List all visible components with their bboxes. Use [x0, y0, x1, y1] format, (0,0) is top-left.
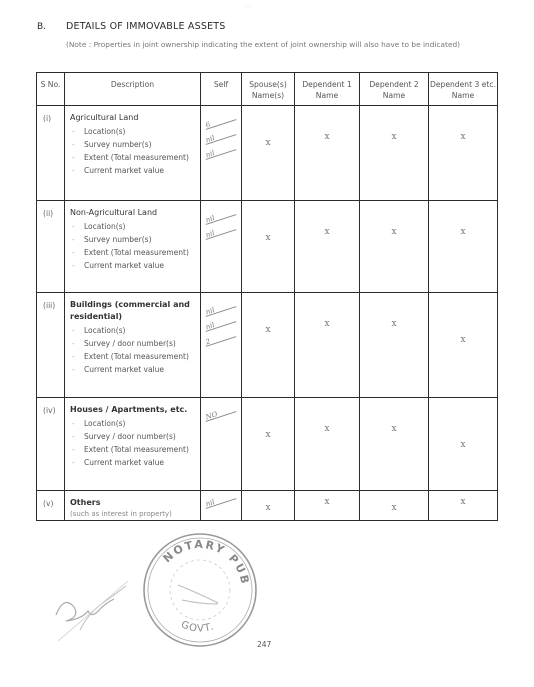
asset-field: Location(s) — [70, 126, 200, 137]
header-dependent2: Dependent 2 Name — [360, 73, 429, 106]
asset-field: Current market value — [70, 165, 200, 176]
section-letter: B. — [37, 22, 46, 32]
handwritten-cross: x — [429, 132, 497, 142]
asset-category: Agricultural Land — [70, 112, 200, 124]
asset-category: Buildings (commercial and residential) — [70, 299, 200, 323]
handwritten-cross: x — [242, 430, 294, 440]
immovable-assets-table: S No. Description Self Spouse(s) Name(s)… — [36, 72, 498, 521]
handwritten-cross: x — [242, 325, 294, 335]
handwritten-cross: x — [429, 497, 497, 507]
handwritten-cross: x — [242, 503, 294, 513]
asset-category: Non-Agricultural Land — [70, 207, 200, 219]
row-number: (ii) — [37, 201, 64, 218]
handwritten-cross: x — [242, 138, 294, 148]
asset-field: Survey / door number(s) — [70, 338, 200, 349]
row-number: (iii) — [37, 293, 64, 310]
spouse-cell: x — [242, 398, 295, 491]
header-self: Self — [201, 73, 242, 106]
svg-text:GOVT.: GOVT. — [179, 619, 216, 634]
asset-field: Current market value — [70, 457, 200, 468]
asset-field: Current market value — [70, 260, 200, 271]
asset-field: Extent (Total measurement) — [70, 351, 200, 362]
asset-field: Extent (Total measurement) — [70, 152, 200, 163]
handwritten-cross: x — [295, 319, 359, 329]
dependent3-cell: x — [429, 106, 498, 201]
table-header-row: S No. Description Self Spouse(s) Name(s)… — [37, 73, 498, 106]
self-cell: nilnil — [201, 201, 242, 293]
asset-field: Extent (Total measurement) — [70, 444, 200, 455]
handwritten-cross: x — [360, 132, 428, 142]
asset-field: Extent (Total measurement) — [70, 247, 200, 258]
spouse-cell: x — [242, 201, 295, 293]
section-title: DETAILS OF IMMOVABLE ASSETS — [66, 21, 226, 32]
row-number: (i) — [37, 106, 64, 123]
dependent3-cell: x — [429, 201, 498, 293]
asset-subtitle: (such as interest in property) — [70, 509, 200, 519]
handwritten-cross: x — [242, 233, 294, 243]
handwritten-cross: x — [429, 227, 497, 237]
row-number: (iv) — [37, 398, 64, 415]
header-dependent1: Dependent 1 Name — [295, 73, 360, 106]
asset-category: Houses / Apartments, etc. — [70, 404, 200, 416]
handwritten-cross: x — [295, 227, 359, 237]
dependent1-cell: x — [295, 201, 360, 293]
dependent1-cell: x — [295, 398, 360, 491]
row-number: (v) — [37, 491, 64, 508]
asset-field: Current market value — [70, 364, 200, 375]
handwritten-cross: x — [360, 227, 428, 237]
header-sno: S No. — [37, 73, 65, 106]
scan-mark: · · — [245, 4, 251, 11]
dependent2-cell: x — [360, 398, 429, 491]
spouse-cell: x — [242, 293, 295, 398]
asset-field: Location(s) — [70, 325, 200, 336]
handwritten-cross: x — [295, 424, 359, 434]
self-cell: nil — [201, 491, 242, 521]
asset-field: Survey / door number(s) — [70, 431, 200, 442]
handwritten-cross: x — [295, 497, 359, 507]
asset-category: Others — [70, 497, 200, 509]
handwritten-cross: x — [360, 503, 428, 513]
self-cell: NO — [201, 398, 242, 491]
asset-fields: Location(s)Survey / door number(s)Extent… — [70, 325, 200, 375]
dependent2-cell: x — [360, 491, 429, 521]
dependent1-cell: x — [295, 491, 360, 521]
section-note: (Note : Properties in joint ownership in… — [66, 39, 526, 51]
self-cell: nilnil2 — [201, 293, 242, 398]
dependent3-cell: x — [429, 398, 498, 491]
handwritten-cross: x — [429, 335, 497, 345]
page-number: 247 — [257, 640, 271, 649]
dependent1-cell: x — [295, 106, 360, 201]
asset-field: Survey number(s) — [70, 139, 200, 150]
asset-field: Location(s) — [70, 418, 200, 429]
header-spouse: Spouse(s) Name(s) — [242, 73, 295, 106]
notary-stamp: NOTARY PUBLIC GOVT. — [140, 530, 260, 650]
dependent2-cell: x — [360, 201, 429, 293]
table-row: (ii)Non-Agricultural LandLocation(s)Surv… — [37, 201, 498, 293]
svg-text:NOTARY PUBLIC: NOTARY PUBLIC — [140, 530, 252, 587]
table-row: (v)Others(such as interest in property)n… — [37, 491, 498, 521]
dependent1-cell: x — [295, 293, 360, 398]
table-row: (iv)Houses / Apartments, etc.Location(s)… — [37, 398, 498, 491]
table-row: (i)Agricultural LandLocation(s)Survey nu… — [37, 106, 498, 201]
dependent3-cell: x — [429, 293, 498, 398]
dependent2-cell: x — [360, 293, 429, 398]
asset-field: Survey number(s) — [70, 234, 200, 245]
spouse-cell: x — [242, 491, 295, 521]
spouse-cell: x — [242, 106, 295, 201]
asset-field: Location(s) — [70, 221, 200, 232]
table-row: (iii)Buildings (commercial and residenti… — [37, 293, 498, 398]
handwritten-cross: x — [429, 440, 497, 450]
asset-fields: Location(s)Survey number(s)Extent (Total… — [70, 221, 200, 271]
asset-fields: Location(s)Survey number(s)Extent (Total… — [70, 126, 200, 176]
self-cell: 6nilnil — [201, 106, 242, 201]
dependent3-cell: x — [429, 491, 498, 521]
handwritten-cross: x — [295, 132, 359, 142]
asset-fields: Location(s)Survey / door number(s)Extent… — [70, 418, 200, 468]
header-description: Description — [65, 73, 201, 106]
header-dependent3: Dependent 3 etc. Name — [429, 73, 498, 106]
handwritten-cross: x — [360, 424, 428, 434]
handwritten-cross: x — [360, 319, 428, 329]
dependent2-cell: x — [360, 106, 429, 201]
signature — [50, 575, 145, 645]
